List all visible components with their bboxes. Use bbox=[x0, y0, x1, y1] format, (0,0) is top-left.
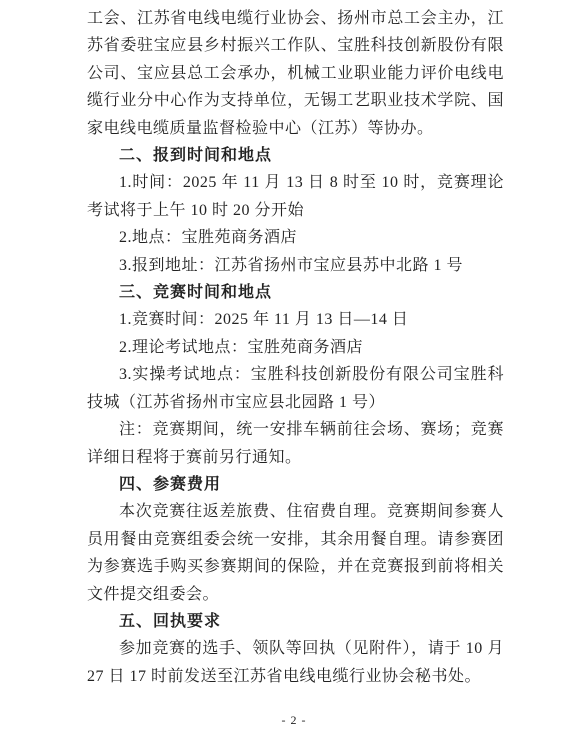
paragraph-fees: 本次竞赛往返差旅费、住宿费自理。竞赛期间参赛人员用餐由竞赛组委会统一安排，其余用… bbox=[87, 498, 504, 608]
paragraph-organizers: 工会、江苏省电线电缆行业协会、扬州市总工会主办，江苏省委驻宝应县乡村振兴工作队、… bbox=[87, 5, 504, 142]
paragraph-practical-exam-place: 3.实操考试地点：宝胜科技创新股份有限公司宝胜科技城（江苏省扬州市宝应县北园路 … bbox=[87, 361, 504, 416]
section-heading-checkin: 二、报到时间和地点 bbox=[87, 142, 504, 169]
section-heading-competition: 三、竞赛时间和地点 bbox=[87, 279, 504, 306]
paragraph-checkin-time: 1.时间：2025 年 11 月 13 日 8 时至 10 时，竞赛理论考试将于… bbox=[87, 169, 504, 224]
paragraph-receipt: 参加竞赛的选手、领队等回执（见附件），请于 10 月 27 日 17 时前发送至… bbox=[87, 635, 504, 690]
page-number: - 2 - bbox=[0, 713, 588, 728]
paragraph-checkin-address: 3.报到地址：江苏省扬州市宝应县苏中北路 1 号 bbox=[87, 252, 504, 279]
document-body: 工会、江苏省电线电缆行业协会、扬州市总工会主办，江苏省委驻宝应县乡村振兴工作队、… bbox=[87, 5, 504, 690]
section-heading-fees: 四、参赛费用 bbox=[87, 471, 504, 498]
paragraph-checkin-place: 2.地点：宝胜苑商务酒店 bbox=[87, 224, 504, 251]
document-page: 工会、江苏省电线电缆行业协会、扬州市总工会主办，江苏省委驻宝应县乡村振兴工作队、… bbox=[0, 0, 588, 744]
section-heading-receipt: 五、回执要求 bbox=[87, 608, 504, 635]
paragraph-competition-time: 1.竞赛时间：2025 年 11 月 13 日—14 日 bbox=[87, 306, 504, 333]
paragraph-theory-exam-place: 2.理论考试地点：宝胜苑商务酒店 bbox=[87, 334, 504, 361]
paragraph-note: 注：竞赛期间，统一安排车辆前往会场、赛场；竞赛详细日程将于赛前另行通知。 bbox=[87, 416, 504, 471]
